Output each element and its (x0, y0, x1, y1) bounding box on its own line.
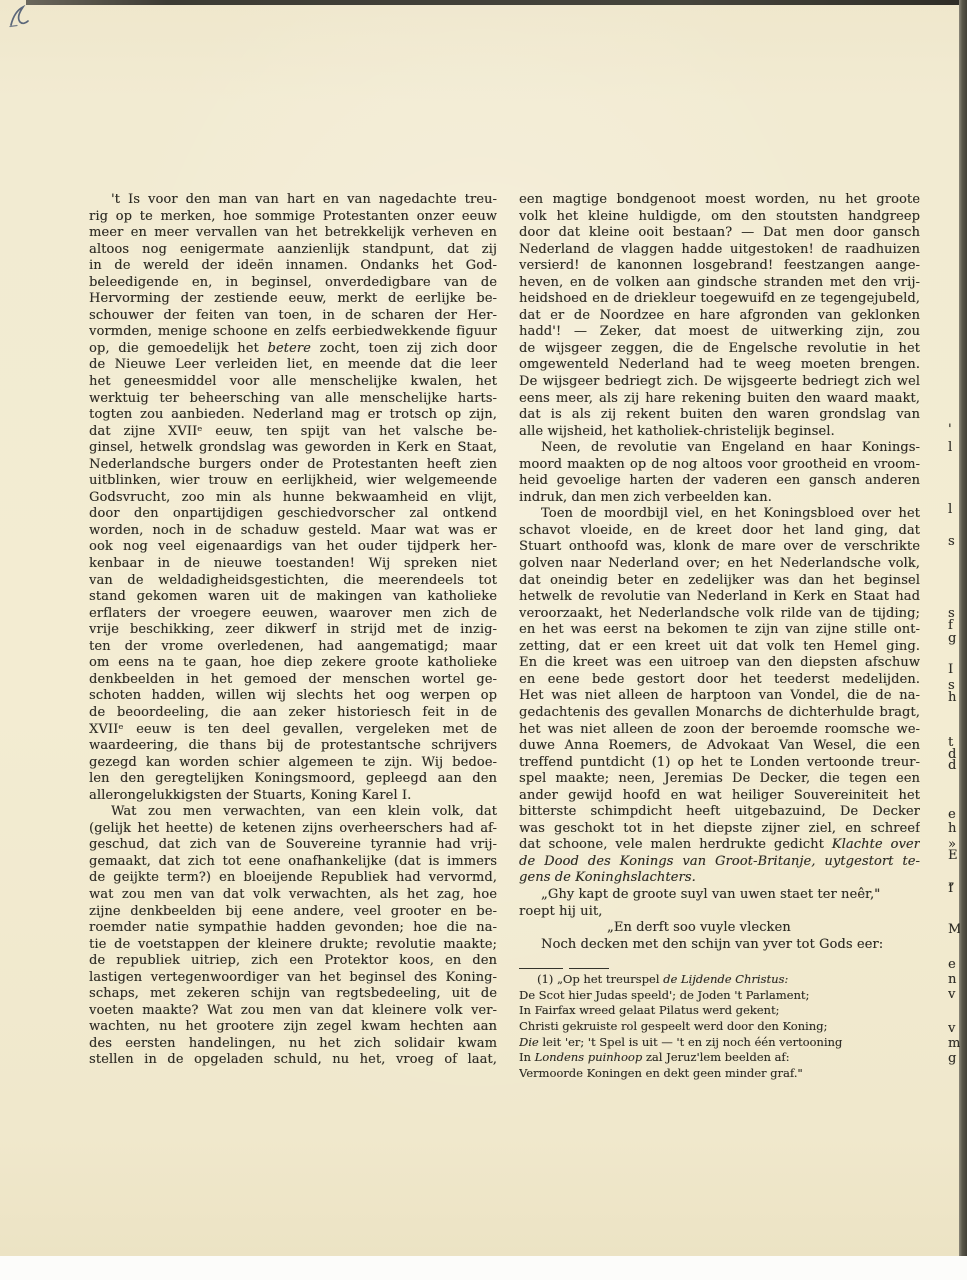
text-line: de republiek uitriep, zich een Protektor… (89, 953, 497, 970)
edge-letter: e (948, 958, 960, 972)
text-line: len den geregtelijken Koningsmoord, gepl… (89, 771, 497, 788)
text-line: Noch decken met den schijn van yver tot … (519, 937, 920, 954)
text-line: „Ghy kapt de groote suyl van uwen staet … (519, 887, 920, 904)
text-line: tie de voetstappen der kleinere drukte; … (89, 937, 497, 954)
text-line: heven, en de volken aan gindsche strande… (519, 275, 920, 292)
edge-letter: v (948, 988, 960, 1002)
text-line: ook nog veel eigenaardigs van het ouder … (89, 539, 497, 556)
text-line: zijne denkbeelden bij eene andere, veel … (89, 904, 497, 921)
text-line: gemaakt, dat zich tot eene onafhankelijk… (89, 854, 497, 871)
text-column-right: een magtige bondgenoot moest worden, nu … (519, 192, 920, 1081)
text-line: versierd! de kanonnen losgebrand! feestz… (519, 258, 920, 275)
text-line: dat oneindig beter en zedelijker was dan… (519, 573, 920, 590)
edge-letter: h (948, 822, 960, 836)
edge-letter: g (948, 1052, 960, 1066)
text-line: schavot vloeide, en de kreet door het la… (519, 523, 920, 540)
text-line: Christi gekruiste rol gespeelt werd door… (519, 1019, 920, 1035)
text-line: Nederland de vlaggen hadde uitgestoken! … (519, 242, 920, 259)
text-line: Het was niet alleen de harptoon van Vond… (519, 688, 920, 705)
text-line: gens de Koninghslachters. (519, 870, 920, 887)
text-line: geschud, dat zich van de Souvereine tyra… (89, 837, 497, 854)
text-line: Wat zou men verwachten, van een klein vo… (89, 804, 497, 821)
text-line: beleedigende en, in beginsel, onverdedig… (89, 275, 497, 292)
scan-bottom-margin (0, 1256, 967, 1280)
edge-letter: l (948, 503, 960, 517)
text-column-left: 't Is voor den man van hart en van naged… (89, 192, 497, 1069)
edge-letter: I (948, 663, 960, 677)
text-line: „En derft soo vuyle vlecken (519, 920, 920, 937)
text-line: heidshoed en de driekleur toegewuifd en … (519, 291, 920, 308)
text-line: erflaters der vroegere eeuwen, waarover … (89, 606, 497, 623)
text-line: vormden, menige schoone en zelfs eerbied… (89, 324, 497, 341)
text-line: golven naar Nederland over; en het Neder… (519, 556, 920, 573)
text-line: ginsel, hetwelk grondslag was geworden i… (89, 440, 497, 457)
text-line: voeten maakte? Wat zou men van dat klein… (89, 1003, 497, 1020)
text-line: En die kreet was een uitroep van den die… (519, 655, 920, 672)
text-line: Neen, de revolutie van Engeland en haar … (519, 440, 920, 457)
text-line: ander gewijd hoofd en wat heiliger Souve… (519, 788, 920, 805)
text-line: omgewenteld Nederland had te weeg moeten… (519, 357, 920, 374)
text-line: het was niet alleen de zoon der beroemde… (519, 722, 920, 739)
footnote-separator (519, 953, 920, 972)
text-line: rig op te merken, hoe sommige Protestant… (89, 209, 497, 226)
text-line: Godsvrucht, zoo min als hunne bekwaamhei… (89, 490, 497, 507)
text-line: roemder natie sympathie hadden gevonden;… (89, 920, 497, 937)
text-line: om eens na te gaan, hoe diep zekere groo… (89, 655, 497, 672)
text-line: gezegd kan worden schier algemeen te zij… (89, 755, 497, 772)
text-line: treffend puntdicht (1) op het te Londen … (519, 755, 920, 772)
scanned-page: 't Is voor den man van hart en van naged… (0, 0, 961, 1258)
text-line: en het was eerst na bekomen te zijn van … (519, 622, 920, 639)
scan-background: { "page": { "paper_color": "#f2ebd2", "i… (0, 0, 967, 1280)
text-line: gedachtenis des gevallen Monarchs de dic… (519, 705, 920, 722)
text-line: roept hij uit, (519, 904, 920, 921)
text-line: stand gekomen waren uit de makingen van … (89, 589, 497, 606)
text-line: schouwer der feiten van toen, in de scha… (89, 308, 497, 325)
text-line: wachten, nu het grootere zijn zegel kwam… (89, 1019, 497, 1036)
text-line: werktuig ter beheersching van alle mensc… (89, 391, 497, 408)
text-line: spel maakte; neen, Jeremias De Decker, d… (519, 771, 920, 788)
text-line: worden, noch in de schaduw gesteld. Maar… (89, 523, 497, 540)
text-line: In Londens puinhoop zal Jeruz'lem beelde… (519, 1050, 920, 1066)
edge-letter: ' (948, 423, 960, 437)
text-line: van de weldadigheidsgestichten, die meer… (89, 573, 497, 590)
text-line: In Fairfax wreed gelaat Pilatus werd gek… (519, 1003, 920, 1019)
text-line: dat er de Noordzee en hare afgronden van… (519, 308, 920, 325)
text-line: denkbeelden in het gemoed der menschen w… (89, 672, 497, 689)
text-line: veroorzaakt, het Nederlandsche volk rild… (519, 606, 920, 623)
text-line: schoten hadden, willen wij slechts het o… (89, 688, 497, 705)
text-line: wat zou men van dat volk verwachten, als… (89, 887, 497, 904)
handwritten-mark-icon (8, 3, 38, 31)
text-line: (1) „Op het treurspel de Lijdende Christ… (519, 972, 920, 988)
text-line: het geneesmiddel voor alle menschelijke … (89, 374, 497, 391)
text-line: een magtige bondgenoot moest worden, nu … (519, 192, 920, 209)
text-line: dat is als zij rekent buiten den waren g… (519, 407, 920, 424)
text-line: zetting, dat er een kreet uit dat volk t… (519, 639, 920, 656)
text-line: uitblinken, wier trouw en eerlijkheid, w… (89, 473, 497, 490)
edge-letter: e (948, 808, 960, 822)
edge-letter: d (948, 759, 960, 773)
text-line: bitterste schimpdicht heeft uitgebazuind… (519, 804, 920, 821)
text-line: de beoordeeling, die aan zeker histories… (89, 705, 497, 722)
text-line: indruk, dan men zich verbeelden kan. (519, 490, 920, 507)
text-line: en eene bede gestort door het teederst m… (519, 672, 920, 689)
edge-letter: M (948, 923, 960, 937)
text-line: Hervorming der zestiende eeuw, merkt de … (89, 291, 497, 308)
text-line: hadd'! — Zeker, dat moest de uitwerking … (519, 324, 920, 341)
scan-top-edge (26, 0, 967, 5)
text-line: lastigen vertegenwoordiger van het begin… (89, 970, 497, 987)
text-line: stellen in de opgeladen schuld, nu het, … (89, 1052, 497, 1069)
text-line: Vermoorde Koningen en dekt geen minder g… (519, 1066, 920, 1082)
text-line: door den onpartijdigen geschiedvorscher … (89, 506, 497, 523)
edge-letter: g (948, 632, 960, 646)
text-line: de Dood des Konings van Groot-Britanje, … (519, 854, 920, 871)
text-line: Die leit 'er; 't Spel is uit — 't en zij… (519, 1035, 920, 1051)
text-line: allerongelukkigsten der Stuarts, Koning … (89, 788, 497, 805)
scan-right-edge (959, 0, 967, 1260)
text-line: De Scot hier Judas speeld'; de Joden 't … (519, 988, 920, 1004)
edge-letter: m (948, 1037, 960, 1051)
edge-letter: E (948, 849, 960, 863)
edge-letter: s (948, 535, 960, 549)
edge-letter: f (948, 619, 960, 633)
text-line: was geschokt tot in het diepste zijner z… (519, 821, 920, 838)
text-line: togten zou aanbieden. Nederland mag er t… (89, 407, 497, 424)
edge-letter: h (948, 691, 960, 705)
text-line: de wijsgeer zeggen, die de Engelsche rev… (519, 341, 920, 358)
text-line: dat schoone, vele malen herdrukte gedich… (519, 837, 920, 854)
text-line: door dat kleine ooit bestaan? — Dat men … (519, 225, 920, 242)
text-line: 't Is voor den man van hart en van naged… (89, 192, 497, 209)
edge-letter: n (948, 973, 960, 987)
text-line: ten der vrome overledenen, had aangemati… (89, 639, 497, 656)
text-line: meer en meer vervallen van het betrekkel… (89, 225, 497, 242)
text-line: XVIIᵉ eeuw is ten deel gevallen, vergele… (89, 722, 497, 739)
text-line: volk het kleine huldigde, om den stoutst… (519, 209, 920, 226)
footnote-text: (1) „Op het treurspel de Lijdende Christ… (519, 972, 920, 1081)
text-line: alle wijsheid, het katholiek-christelijk… (519, 424, 920, 441)
text-line: Stuart onthoofd was, klonk de mare over … (519, 539, 920, 556)
text-line: eens meer, als zij hare rekening buiten … (519, 391, 920, 408)
text-line: vrije beschikking, zeer dikwerf in strij… (89, 622, 497, 639)
text-line: kenbaar in de nieuwe toestanden! Wij spr… (89, 556, 497, 573)
edge-letter: I (948, 882, 960, 896)
text-line: hetwelk de revolutie van Nederland in Ke… (519, 589, 920, 606)
text-line: de geijkte term?) en bloeijende Republie… (89, 870, 497, 887)
text-line: moord maakten op de nog altoos voor groo… (519, 457, 920, 474)
text-line: duwe Anna Roemers, de Advokaat Van Wesel… (519, 738, 920, 755)
text-line: De wijsgeer bedriegt zich. De wijsgeerte… (519, 374, 920, 391)
text-line: waardeering, die thans bij de protestant… (89, 738, 497, 755)
text-line: altoos nog eenigermate aanzienlijk stand… (89, 242, 497, 259)
edge-letter: v (948, 1022, 960, 1036)
edge-letter: l (948, 441, 960, 455)
text-line: Toen de moordbijl viel, en het Koningsbl… (519, 506, 920, 523)
text-line: op, die gemoedelijk het betere zocht, to… (89, 341, 497, 358)
text-line: schaps, met zekeren schijn van regtsbede… (89, 986, 497, 1003)
body-text: een magtige bondgenoot moest worden, nu … (519, 192, 920, 953)
text-line: des eersten handelingen, nu het zich sol… (89, 1036, 497, 1053)
text-line: dat zijne XVIIᵉ eeuw, ten spijt van het … (89, 424, 497, 441)
text-line: Nederlandsche burgers onder de Protestan… (89, 457, 497, 474)
text-line: de Nieuwe Leer verleiden liet, en meende… (89, 357, 497, 374)
text-line: in de wereld der ideën innamen. Ondanks … (89, 258, 497, 275)
text-line: heid gevoelige harten der vaderen een ga… (519, 473, 920, 490)
text-line: (gelijk het heette) de ketenen zijns ove… (89, 821, 497, 838)
